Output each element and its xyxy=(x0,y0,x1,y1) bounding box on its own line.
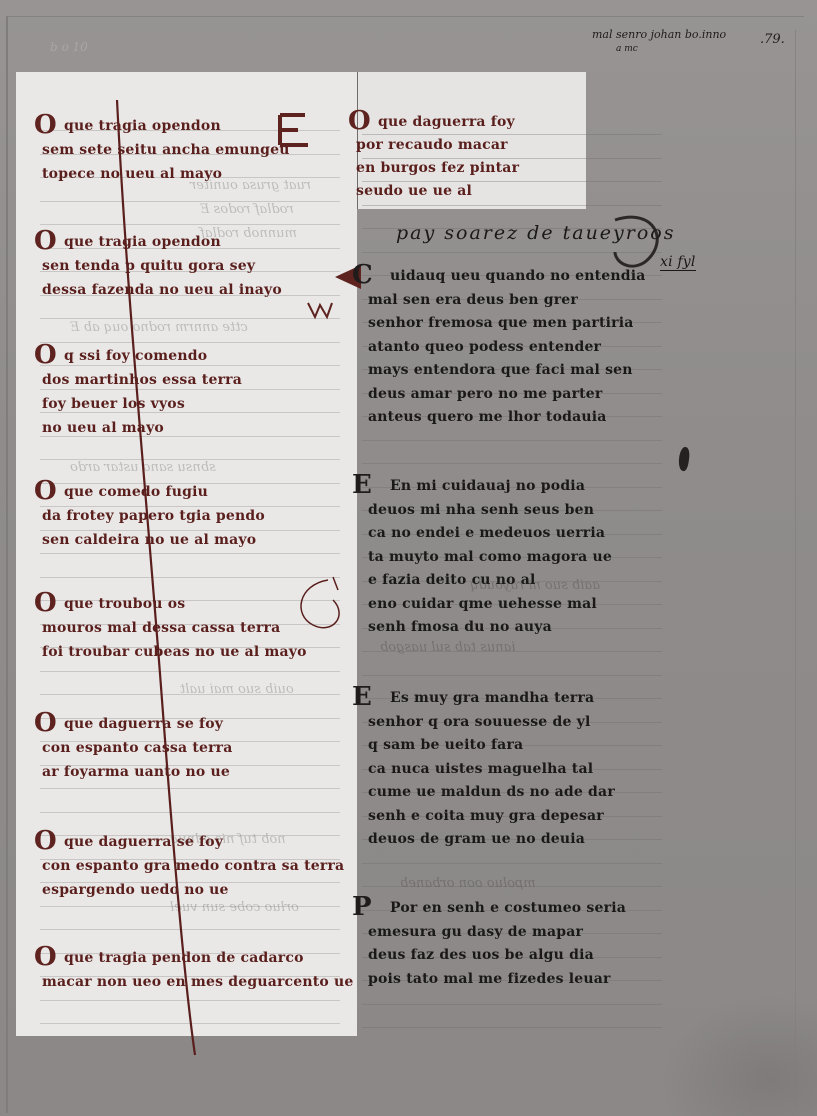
verse-line: cume ue maldun ds no ade dar xyxy=(368,784,615,800)
decorated-initial: O xyxy=(34,228,57,254)
verse-line: anteus quero me lhor todauia xyxy=(368,409,607,425)
faint-left-note: b o 10 xyxy=(50,40,88,54)
verse-line: con espanto cassa terra xyxy=(42,740,233,756)
margin-line xyxy=(795,30,796,1110)
verse-line: sem sete seitu ancha emungeu xyxy=(42,142,290,158)
ornamental-mark xyxy=(305,300,335,320)
verse-line: senhor q ora souuesse de yl xyxy=(368,714,591,730)
verse-line: espargendo uedo no ue xyxy=(42,882,229,898)
decorated-initial: O xyxy=(34,342,57,368)
verse-line: que comedo fugiu xyxy=(64,484,208,500)
decorated-initial: E xyxy=(352,684,372,710)
verse-line: que tragia opendon xyxy=(64,118,221,134)
verse-line: e fazia deito cu no al xyxy=(368,572,536,588)
verse-line: senhor fremosa que men partiria xyxy=(368,315,634,331)
verse-line: q sam be ueito fara xyxy=(368,737,523,753)
verse-line: uidauq ueu quando no entendia xyxy=(390,268,646,284)
verse-line: topece no ueu al mayo xyxy=(42,166,222,182)
verse-line: que tragia opendon xyxy=(64,234,221,250)
verse-line: q ssi foy comendo xyxy=(64,348,207,364)
verse-line: En mi cuidauaj no podia xyxy=(390,478,585,494)
ruled-line xyxy=(362,181,662,182)
verse-line: seudo ue ue al xyxy=(356,183,472,199)
verse-line: deuos mi nha senh seus ben xyxy=(368,502,594,518)
verse-line: macar non ueo en mes deguarcento ue xyxy=(42,974,354,990)
verse-line: ca no endei e medeuos uerria xyxy=(368,525,605,541)
decorated-initial: C xyxy=(352,262,373,288)
decorated-initial: O xyxy=(34,112,57,138)
verse-line: sen caldeira no ue al mayo xyxy=(42,532,256,548)
show-through-text: ouib suo mai ualt xyxy=(180,682,294,697)
verse-line: ca nuca uistes maguelha tal xyxy=(368,761,593,777)
folio-number: .79. xyxy=(760,32,785,47)
show-through-text: mpoluo oon orbaneb xyxy=(400,876,536,891)
verse-line: no ueu al mayo xyxy=(42,420,164,436)
verse-line: foy beuer los vyos xyxy=(42,396,185,412)
verse-line: dessa fazenda no ueu al inayo xyxy=(42,282,282,298)
ruled-line xyxy=(362,205,662,206)
ruled-line xyxy=(362,1027,662,1028)
verse-line: que tragia pendon de cadarco xyxy=(64,950,304,966)
decorated-initial: O xyxy=(34,478,57,504)
show-through-text: rodlaf rodos E xyxy=(200,202,294,217)
verse-line: mal sen era deus ben grer xyxy=(368,292,578,308)
ruled-line xyxy=(362,463,662,464)
decorated-initial: E xyxy=(352,472,372,498)
top-right-subnote: a mc xyxy=(616,44,638,54)
verse-line: con espanto gra medo contra sa terra xyxy=(42,858,344,874)
ruled-line xyxy=(362,440,662,441)
show-through-text: ianus tab sul uasgob xyxy=(380,640,515,655)
verse-line: deuos de gram ue no deuia xyxy=(368,831,585,847)
verse-line: Por en senh e costumeo seria xyxy=(390,900,626,916)
verse-line: que daguerra foy xyxy=(378,114,515,130)
verse-line: ar foyarma uanto no ue xyxy=(42,764,230,780)
verse-line: por recaudo macar xyxy=(356,137,508,153)
verse-line: Es muy gra mandha terra xyxy=(390,690,594,706)
ruled-line xyxy=(362,134,662,135)
verse-line: deus amar pero no me parter xyxy=(368,386,603,402)
verse-line: que troubou os xyxy=(64,596,185,612)
paper-stain xyxy=(657,996,817,1116)
verse-line: atanto queo podess entender xyxy=(368,339,601,355)
verse-line: en burgos fez pintar xyxy=(356,160,519,176)
verse-line: que daguerra se foy xyxy=(64,834,223,850)
ruled-line xyxy=(362,863,662,864)
verse-line: senh fmosa du no auya xyxy=(368,619,552,635)
verse-line: foi troubar cubeas no ue al mayo xyxy=(42,644,307,660)
verse-line: senh e coita muy gra depesar xyxy=(368,808,604,824)
verse-line: pois tato mal me fizedes leuar xyxy=(368,971,611,987)
verse-line: que daguerra se foy xyxy=(64,716,223,732)
decorated-initial: O xyxy=(34,710,57,736)
author-heading: pay soarez de taueyroos xyxy=(396,222,676,244)
top-right-note: mal senro johan bo.inno xyxy=(592,28,726,41)
verse-line: eno cuidar qme uehesse mal xyxy=(368,596,597,612)
verse-line: deus faz des uos be algu dia xyxy=(368,947,594,963)
verse-line: mouros mal dessa cassa terra xyxy=(42,620,280,636)
ruled-line xyxy=(362,1004,662,1005)
decorated-initial: O xyxy=(34,944,57,970)
verse-line: emesura gu dasy de mapar xyxy=(368,924,583,940)
verse-line: ta muyto mal como magora ue xyxy=(368,549,612,565)
verse-line: dos martinhos essa terra xyxy=(42,372,242,388)
ruled-line xyxy=(362,158,662,159)
decorative-flourish xyxy=(288,575,358,655)
verse-line: sen tenda p quitu gora sey xyxy=(42,258,255,274)
decorated-initial: O xyxy=(348,108,371,134)
verse-line: mays entendora que faci mal sen xyxy=(368,362,633,378)
margin-number: xi fyl xyxy=(660,254,696,271)
decorated-initial: O xyxy=(34,828,57,854)
decorated-initial: P xyxy=(352,894,372,920)
decorated-initial: O xyxy=(34,590,57,616)
manuscript-page: mal senro johan bo.inno a mc .79. b o 10… xyxy=(0,0,817,1116)
verse-line: da frotey papero tgia pendo xyxy=(42,508,265,524)
ruled-line xyxy=(362,675,662,676)
